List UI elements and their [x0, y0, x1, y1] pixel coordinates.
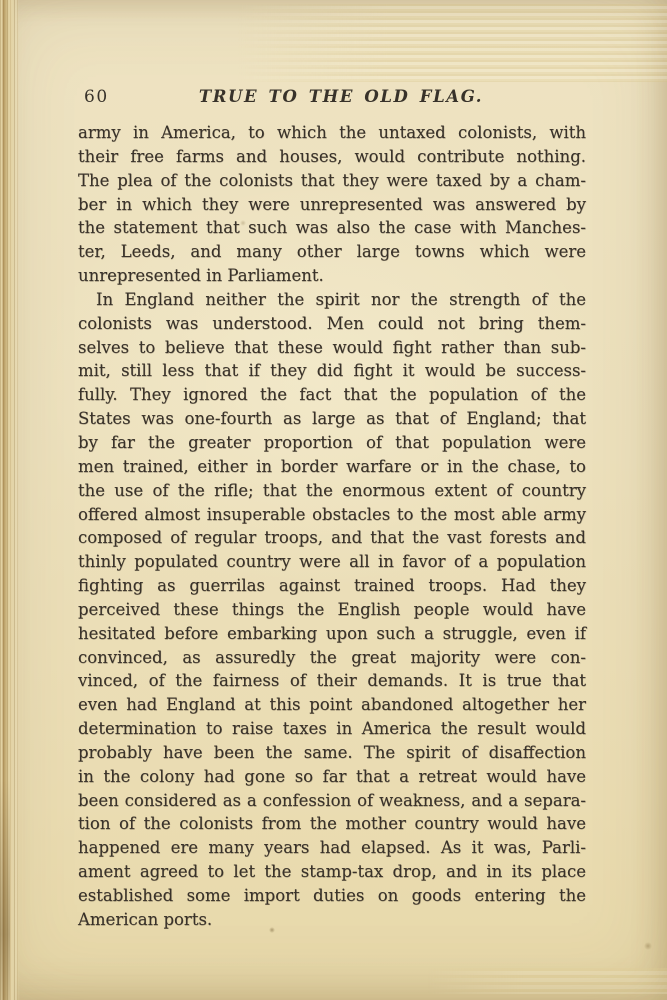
text-line: probably have been the same. The spirit …: [78, 741, 586, 765]
text-line: army in America, to which the untaxed co…: [78, 121, 586, 145]
text-line: determination to raise taxes in America …: [78, 717, 586, 741]
text-line: the use of the rifle; that the enormous …: [78, 479, 586, 503]
text-line: selves to believe that these would fight…: [78, 336, 586, 360]
text-line: The plea of the colonists that they were…: [78, 169, 586, 193]
text-line: composed of regular troops, and that the…: [78, 526, 586, 550]
text-line: States was one-fourth as large as that o…: [78, 407, 586, 431]
text-line: established some import duties on goods …: [78, 884, 586, 908]
paragraph: army in America, to which the untaxed co…: [78, 121, 586, 288]
text-line: been considered as a confession of weakn…: [78, 789, 586, 813]
running-header: 60 TRUE TO THE OLD FLAG.: [78, 87, 590, 111]
text-line: hesitated before embarking upon such a s…: [78, 622, 586, 646]
text-line: colonists was understood. Men could not …: [78, 312, 586, 336]
text-line: the statement that such was also the cas…: [78, 216, 586, 240]
text-line: in the colony had gone so far that a ret…: [78, 765, 586, 789]
paragraph: In England neither the spirit nor the st…: [78, 288, 586, 932]
text-line: thinly populated country were all in fav…: [78, 550, 586, 574]
text-line: In England neither the spirit nor the st…: [78, 288, 586, 312]
text-line: American ports.: [78, 908, 586, 932]
text-line: fully. They ignored the fact that the po…: [78, 383, 586, 407]
running-header-title: TRUE TO THE OLD FLAG.: [78, 87, 604, 106]
text-line: mit, still less that if they did fight i…: [78, 359, 586, 383]
text-line: perceived these things the English peopl…: [78, 598, 586, 622]
text-line: fighting as guerrilas against trained tr…: [78, 574, 586, 598]
text-line: vinced, of the fairness of their demands…: [78, 669, 586, 693]
text-line: by far the greater proportion of that po…: [78, 431, 586, 455]
text-line: unrepresented in Parliament.: [78, 264, 586, 288]
text-line: happened ere many years had elapsed. As …: [78, 836, 586, 860]
body-text: army in America, to which the untaxed co…: [78, 121, 586, 932]
book-page-scan: 60 TRUE TO THE OLD FLAG. army in America…: [0, 0, 667, 1000]
text-line: ber in which they were unrepresented was…: [78, 193, 586, 217]
text-line: offered almost insuperable obstacles to …: [78, 503, 586, 527]
text-line: their free farms and houses, would contr…: [78, 145, 586, 169]
text-line: even had England at this point abandoned…: [78, 693, 586, 717]
text-line: convinced, as assuredly the great majori…: [78, 646, 586, 670]
text-line: ament agreed to let the stamp-tax drop, …: [78, 860, 586, 884]
text-line: tion of the colonists from the mother co…: [78, 812, 586, 836]
text-line: ter, Leeds, and many other large towns w…: [78, 240, 586, 264]
text-line: men trained, either in border warfare or…: [78, 455, 586, 479]
